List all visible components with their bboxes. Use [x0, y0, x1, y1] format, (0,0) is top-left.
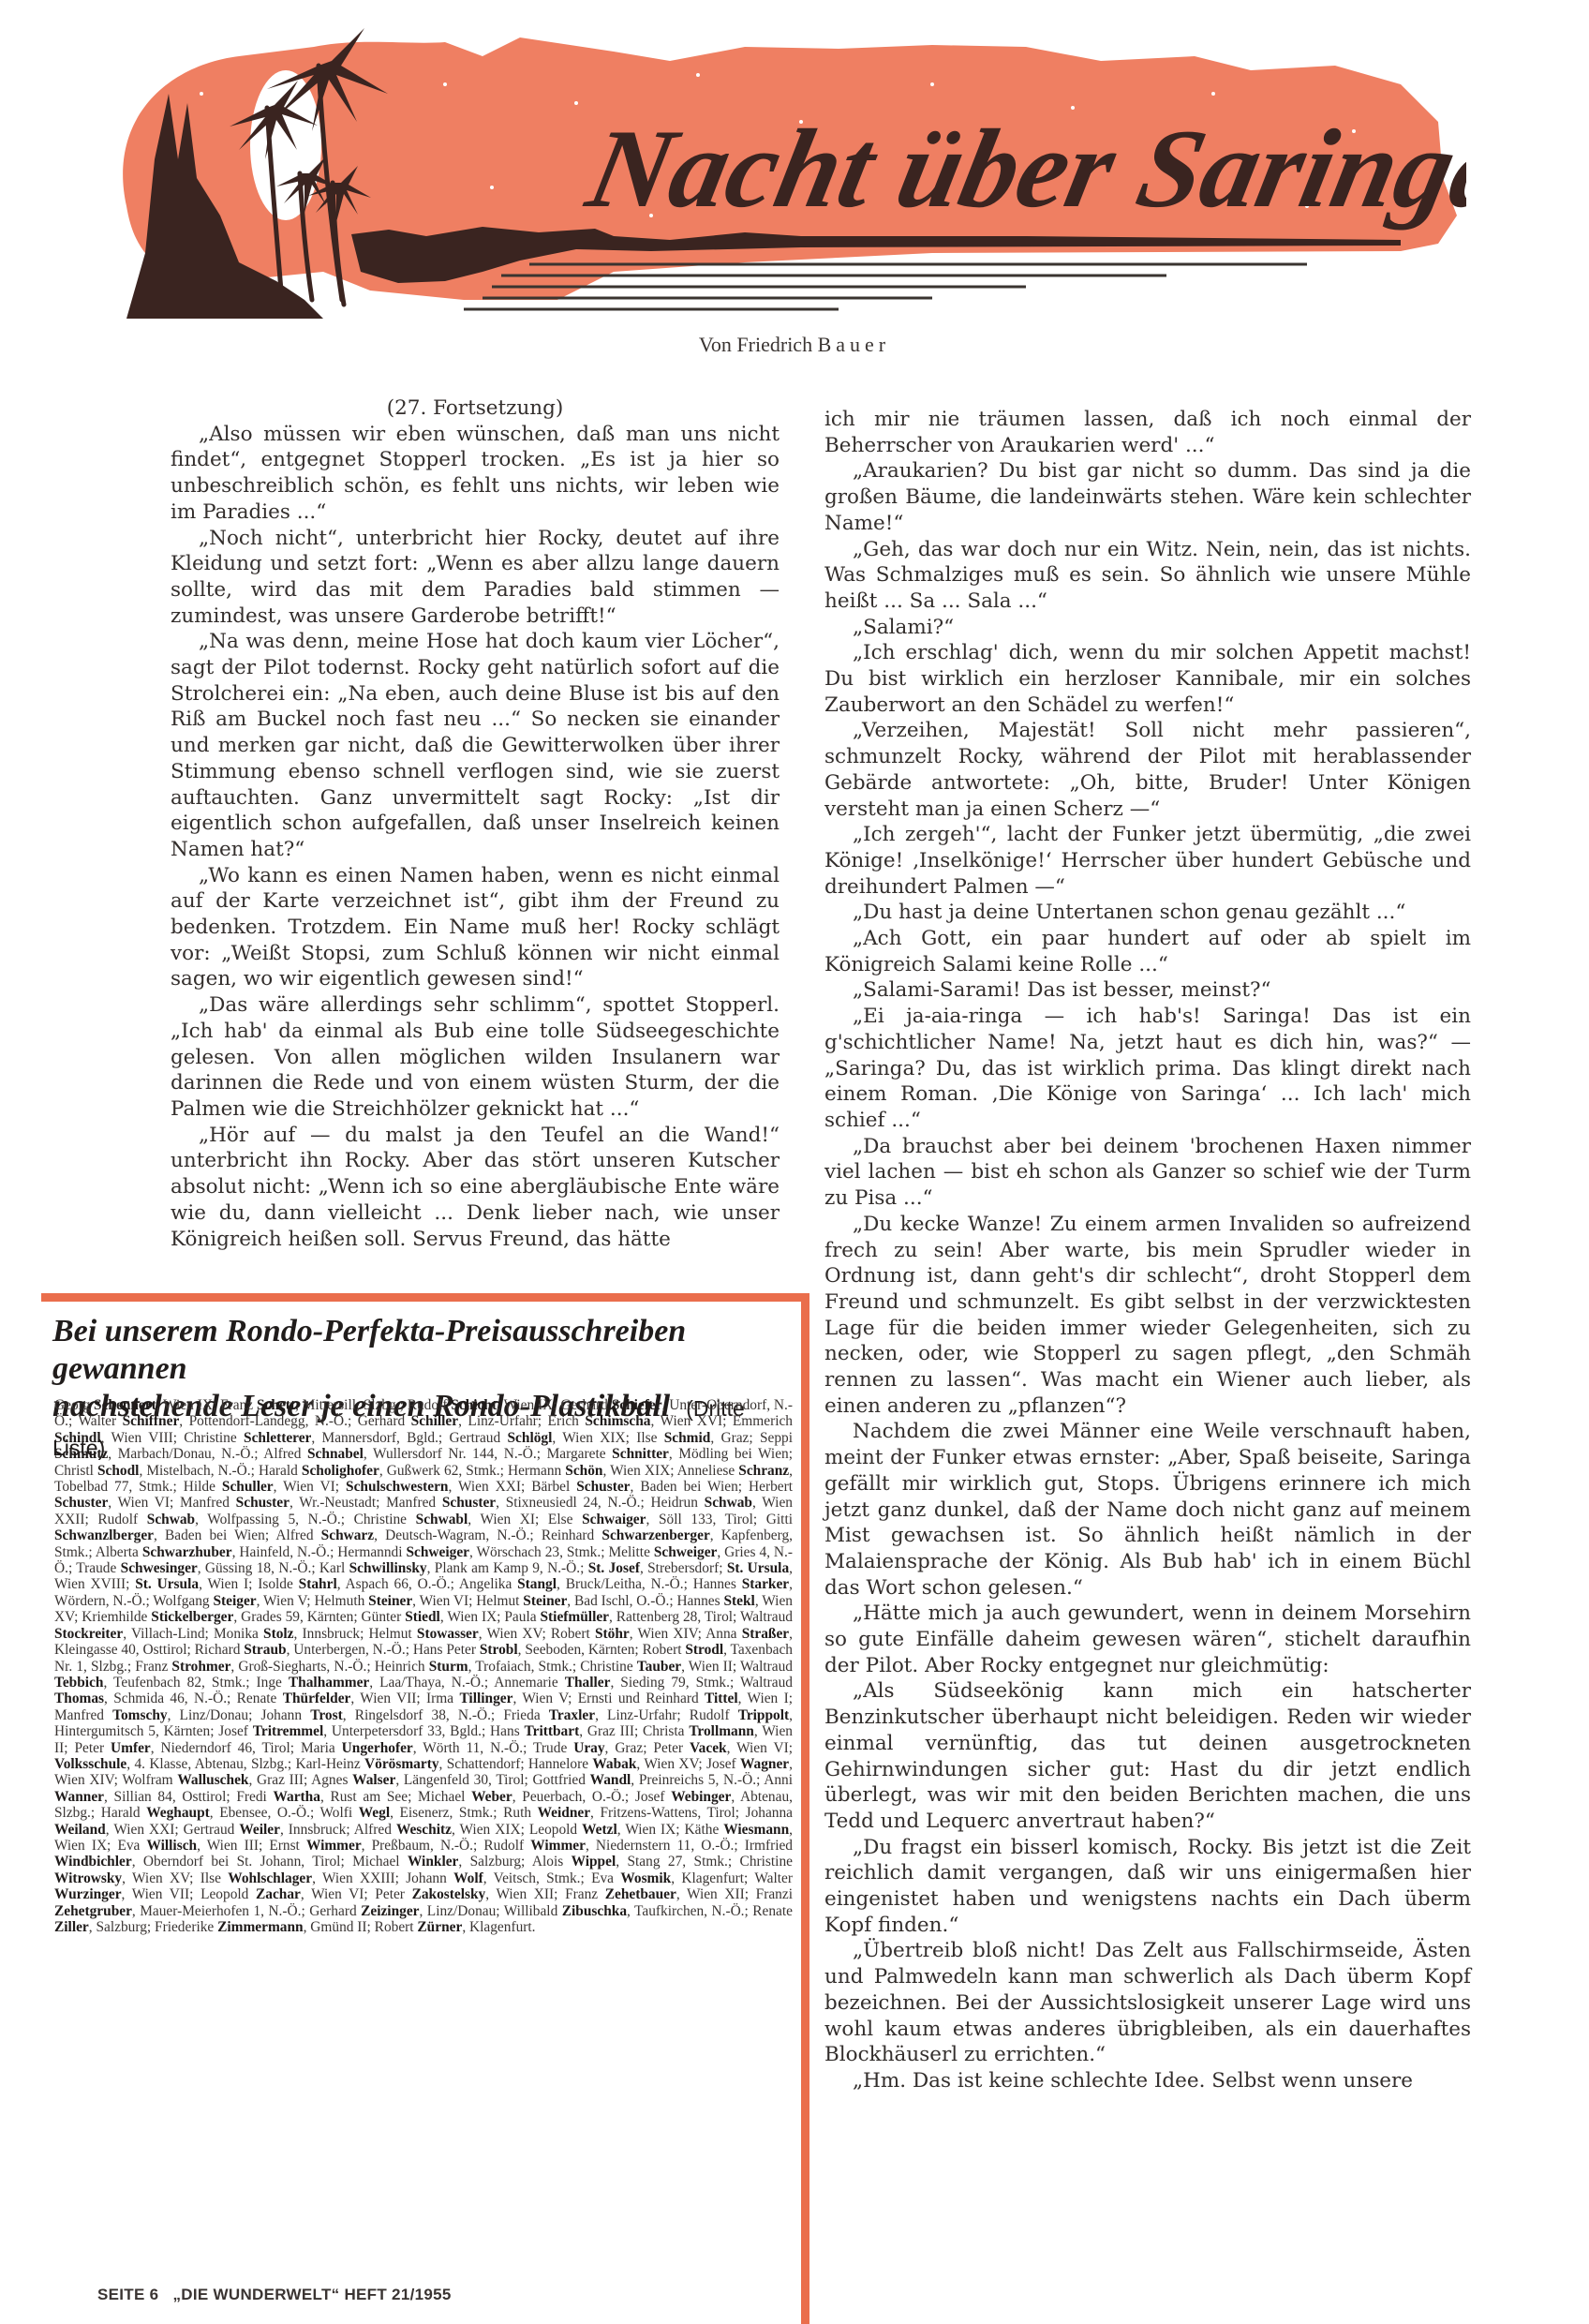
winner-surname: Schwabl: [416, 1512, 468, 1527]
winner-surname: Schulschwestern: [346, 1479, 448, 1495]
winner-surname: Trollmann: [689, 1723, 754, 1739]
contest-heading-line1: Bei unserem Rondo-Perfekta-Preisausschre…: [52, 1313, 793, 1388]
paragraph: „Ich zergeh'“, lacht der Funker jetzt üb…: [824, 822, 1471, 900]
winner-surname: Schletterer: [244, 1430, 311, 1446]
paragraph: Nachdem die zwei Männer eine Weile versc…: [824, 1419, 1471, 1601]
paragraph: „Wo kann es einen Namen haben, wenn es n…: [171, 863, 780, 993]
paragraph: „Ei ja-aia-ringa — ich hab's! Saringa! D…: [824, 1004, 1471, 1134]
winner-surname: St. Ursula: [135, 1576, 199, 1592]
winner-surname: Willisch: [146, 1838, 197, 1854]
winner-surname: Schuster: [442, 1495, 496, 1511]
magazine-name: „DIE WUNDERWELT“: [172, 2286, 339, 2303]
paragraph: „Also müssen wir eben wünschen, daß man …: [171, 422, 780, 526]
winner-surname: Tomschy: [112, 1707, 167, 1723]
page-number: SEITE 6: [97, 2286, 158, 2303]
paragraph: „Übertreib bloß nicht! Das Zelt aus Fall…: [824, 1938, 1471, 2068]
winner-surname: Stolz: [263, 1626, 294, 1642]
winner-surname: Schnitter: [612, 1446, 669, 1462]
winner-surname: Wegl: [359, 1805, 390, 1821]
article-column-right: ich mir nie träumen lassen, daß ich noch…: [824, 407, 1471, 2094]
winner-surname: Weiland: [54, 1822, 106, 1838]
winner-surname: Thaller: [565, 1675, 611, 1691]
winner-surname: Weber: [471, 1789, 512, 1805]
winner-surname: Schwarzenberger: [601, 1527, 709, 1543]
paragraph: „Das wäre allerdings sehr schlimm“, spot…: [171, 992, 780, 1123]
winner-surname: Zeizinger: [361, 1903, 419, 1919]
winner-surname: Trittbart: [525, 1723, 580, 1739]
winner-surname: Schicht: [451, 1397, 497, 1413]
winner-surname: Schuller: [222, 1479, 274, 1495]
winner-surname: Wurzinger: [54, 1886, 122, 1902]
winner-surname: Thalhammer: [289, 1675, 369, 1691]
winner-surname: Straßer: [742, 1626, 789, 1642]
winner-surname: Zehetgruber: [54, 1903, 132, 1919]
winner-surname: Schwillinsky: [349, 1560, 427, 1576]
winner-surname: Schuster: [236, 1495, 290, 1511]
paragraph: ich mir nie träumen lassen, daß ich noch…: [824, 407, 1471, 458]
winner-surname: Scholighofer: [302, 1463, 379, 1479]
paragraph: „Hätte mich ja auch gewundert, wenn in d…: [824, 1601, 1471, 1678]
winner-surname: Schwesinger: [121, 1560, 198, 1576]
byline-prefix: Von Friedrich: [699, 333, 818, 356]
paragraph: „Verzeihen, Majestät! Soll nicht mehr pa…: [824, 718, 1471, 822]
winner-surname: Weghaupt: [146, 1805, 210, 1821]
palm-beach-illustration: Nacht über Saringa: [89, 19, 1466, 342]
winner-surname: Stöhr: [595, 1626, 630, 1642]
winner-surname: Zimmermann: [217, 1919, 303, 1935]
winner-surname: Schwarz: [321, 1527, 374, 1543]
paragraph: „Da brauchst aber bei deinem 'brochenen …: [824, 1134, 1471, 1212]
winner-surname: Schuster: [576, 1479, 630, 1495]
winner-surname: Zachar: [256, 1886, 301, 1902]
winner-surname: Sturm: [429, 1659, 468, 1675]
winner-surname: Schnabel: [307, 1446, 364, 1462]
winner-surname: Weschitz: [396, 1822, 452, 1838]
paragraph: „Ach Gott, ein paar hundert auf oder ab …: [824, 926, 1471, 977]
winner-surname: Wabak: [592, 1756, 636, 1772]
paragraph: „Geh, das war doch nur ein Witz. Nein, n…: [824, 537, 1471, 615]
paragraph: „Noch nicht“, unterbricht hier Rocky, de…: [171, 526, 780, 630]
winner-surname: Stockreiter: [54, 1626, 123, 1642]
winner-surname: Schwarzhuber: [142, 1544, 232, 1560]
contest-winners-box: Bei unserem Rondo-Perfekta-Preisausschre…: [41, 1293, 809, 2324]
banner-title: Nacht über Saringa: [576, 107, 1466, 231]
winner-surname: Schweiger: [654, 1544, 718, 1560]
byline-author: Bauer: [818, 333, 891, 356]
winner-surname: Schlögl: [508, 1430, 553, 1446]
winner-surname: St. Ursula: [727, 1560, 789, 1576]
winner-surname: Walser: [352, 1772, 395, 1788]
article-column-left: (27. Fortsetzung) „Also müssen wir eben …: [171, 395, 780, 1252]
paragraph: „Als Südseekönig kann mich ein hatschert…: [824, 1678, 1471, 1834]
winner-surname: Wimmer: [306, 1838, 362, 1854]
winner-surname: Schindl: [54, 1430, 101, 1446]
paragraph: „Na was denn, meine Hose hat doch kaum v…: [171, 629, 780, 862]
winner-surname: Wohlschlager: [228, 1870, 312, 1886]
winner-surname: Wolf: [453, 1870, 483, 1886]
winner-surname: Trippolt: [738, 1707, 789, 1723]
winner-surname: Thomas: [54, 1691, 104, 1706]
winner-surname: Zehetbauer: [605, 1886, 676, 1902]
paragraph: „Araukarien? Du bist gar nicht so dumm. …: [824, 458, 1471, 536]
winner-surname: Vörösmarty: [364, 1756, 439, 1772]
winner-surname: Umfer: [111, 1740, 151, 1756]
paragraph: „Hör auf — du malst ja den Teufel an die…: [171, 1123, 780, 1253]
winner-surname: Witrowsky: [54, 1870, 122, 1886]
winner-surname: Wandl: [590, 1772, 631, 1788]
winner-surname: Schmid: [664, 1430, 711, 1446]
winner-surname: Schennert: [94, 1397, 156, 1413]
winner-surname: Walluschek: [177, 1772, 248, 1788]
paragraph: „Du hast ja deine Untertanen schon genau…: [824, 900, 1471, 926]
winner-surname: Winkler: [408, 1854, 458, 1870]
author-byline: Von Friedrich Bauer: [0, 333, 1589, 357]
winner-surname: Stowasser: [417, 1626, 479, 1642]
winner-surname: Schodl: [97, 1463, 139, 1479]
paragraph: „Du fragst ein bisserl komisch, Rocky. B…: [824, 1835, 1471, 1939]
winner-surname: Tritremmel: [253, 1723, 324, 1739]
installment-label: (27. Fortsetzung): [171, 395, 780, 422]
paragraph: „Ich erschlag' dich, wenn du mir solchen…: [824, 640, 1471, 718]
winner-surname: Steiner: [523, 1593, 567, 1609]
winner-surname: Schwanzlberger: [54, 1527, 154, 1543]
winner-surname: Schwab: [705, 1495, 752, 1511]
winner-surname: Trost: [310, 1707, 343, 1723]
winner-surname: Strohmer: [171, 1659, 230, 1675]
winner-surname: Starker: [742, 1576, 789, 1592]
winner-surname: Wippel: [572, 1854, 616, 1870]
winner-surname: Wartha: [273, 1789, 319, 1805]
winner-surname: Weiler: [239, 1822, 280, 1838]
winner-surname: Tittel: [705, 1691, 738, 1706]
winner-surname: Stiedl: [405, 1609, 440, 1625]
winner-surname: Wanner: [54, 1789, 104, 1805]
title-banner-illustration: Nacht über Saringa: [89, 19, 1466, 342]
winner-surname: Schiller: [411, 1413, 458, 1429]
winner-surname: Schmutz: [54, 1446, 108, 1462]
winner-surname: Schwaiger: [582, 1512, 646, 1527]
winner-surname: Stahrl: [299, 1576, 337, 1592]
paragraph: „Hm. Das ist keine schlechte Idee. Selbs…: [824, 2068, 1471, 2094]
winner-surname: Wosmik: [620, 1870, 671, 1886]
winner-surname: Strobl: [480, 1642, 518, 1658]
page-footer: SEITE 6 „DIE WUNDERWELT“ HEFT 21/1955: [97, 2286, 452, 2304]
winner-surname: Zakostelsky: [412, 1886, 486, 1902]
winner-surname: Schranz: [738, 1463, 789, 1479]
winner-surname: Schwab: [147, 1512, 195, 1527]
winner-surname: Schuster: [54, 1495, 108, 1511]
winner-surname: Tauber: [637, 1659, 681, 1675]
issue-number: HEFT 21/1955: [344, 2286, 451, 2303]
winner-surname: Tebbich: [54, 1675, 103, 1691]
winner-surname: Schön: [565, 1463, 602, 1479]
winner-surname: Schimscha: [585, 1413, 650, 1429]
winner-surname: Volksschule: [54, 1756, 126, 1772]
winner-surname: Ungerhofer: [342, 1740, 413, 1756]
winner-surname: Schiefer: [612, 1397, 662, 1413]
winner-surname: Traxler: [549, 1707, 595, 1723]
winner-surname: Zürner: [417, 1919, 462, 1935]
paragraph: „Salami-Sarami! Das ist besser, meinst?“: [824, 977, 1471, 1004]
paragraph: „Du kecke Wanze! Zu einem armen Invalide…: [824, 1212, 1471, 1420]
winner-surname: Vacek: [690, 1740, 727, 1756]
winner-surname: Strodl: [685, 1642, 723, 1658]
winner-surname: Tillinger: [459, 1691, 512, 1706]
winner-surname: Wimmer: [530, 1838, 586, 1854]
winner-surname: Steiger: [213, 1593, 256, 1609]
winner-surname: Ziller: [54, 1919, 89, 1935]
winner-surname: Zibuschka: [562, 1903, 627, 1919]
winner-surname: Weidner: [538, 1805, 590, 1821]
winner-surname: Stickelberger: [151, 1609, 233, 1625]
winner-surname: Steiner: [368, 1593, 412, 1609]
winner-surname: St. Josef: [588, 1560, 640, 1576]
winner-surname: Thürfelder: [283, 1691, 351, 1706]
winner-surname: Schett: [257, 1397, 295, 1413]
winner-surname: Wetzl: [582, 1822, 617, 1838]
winner-surname: Stekl: [723, 1593, 754, 1609]
winner-surname: Straub: [244, 1642, 286, 1658]
winner-surname: Uray: [573, 1740, 604, 1756]
winner-surname: Webinger: [671, 1789, 731, 1805]
winner-surname: Wagner: [740, 1756, 789, 1772]
winner-surname: Stangl: [517, 1576, 557, 1592]
winner-surname: Schweiger: [406, 1544, 469, 1560]
winner-surname: Windbichler: [54, 1854, 132, 1870]
winner-surname: Schiffner: [123, 1413, 180, 1429]
winner-surname: Wiesmann: [723, 1822, 789, 1838]
winner-surname: Stiefmüller: [541, 1609, 610, 1625]
winners-list: Georg Schennert, Wien IX; Franz Schett, …: [54, 1397, 793, 1935]
paragraph: „Salami?“: [824, 615, 1471, 641]
